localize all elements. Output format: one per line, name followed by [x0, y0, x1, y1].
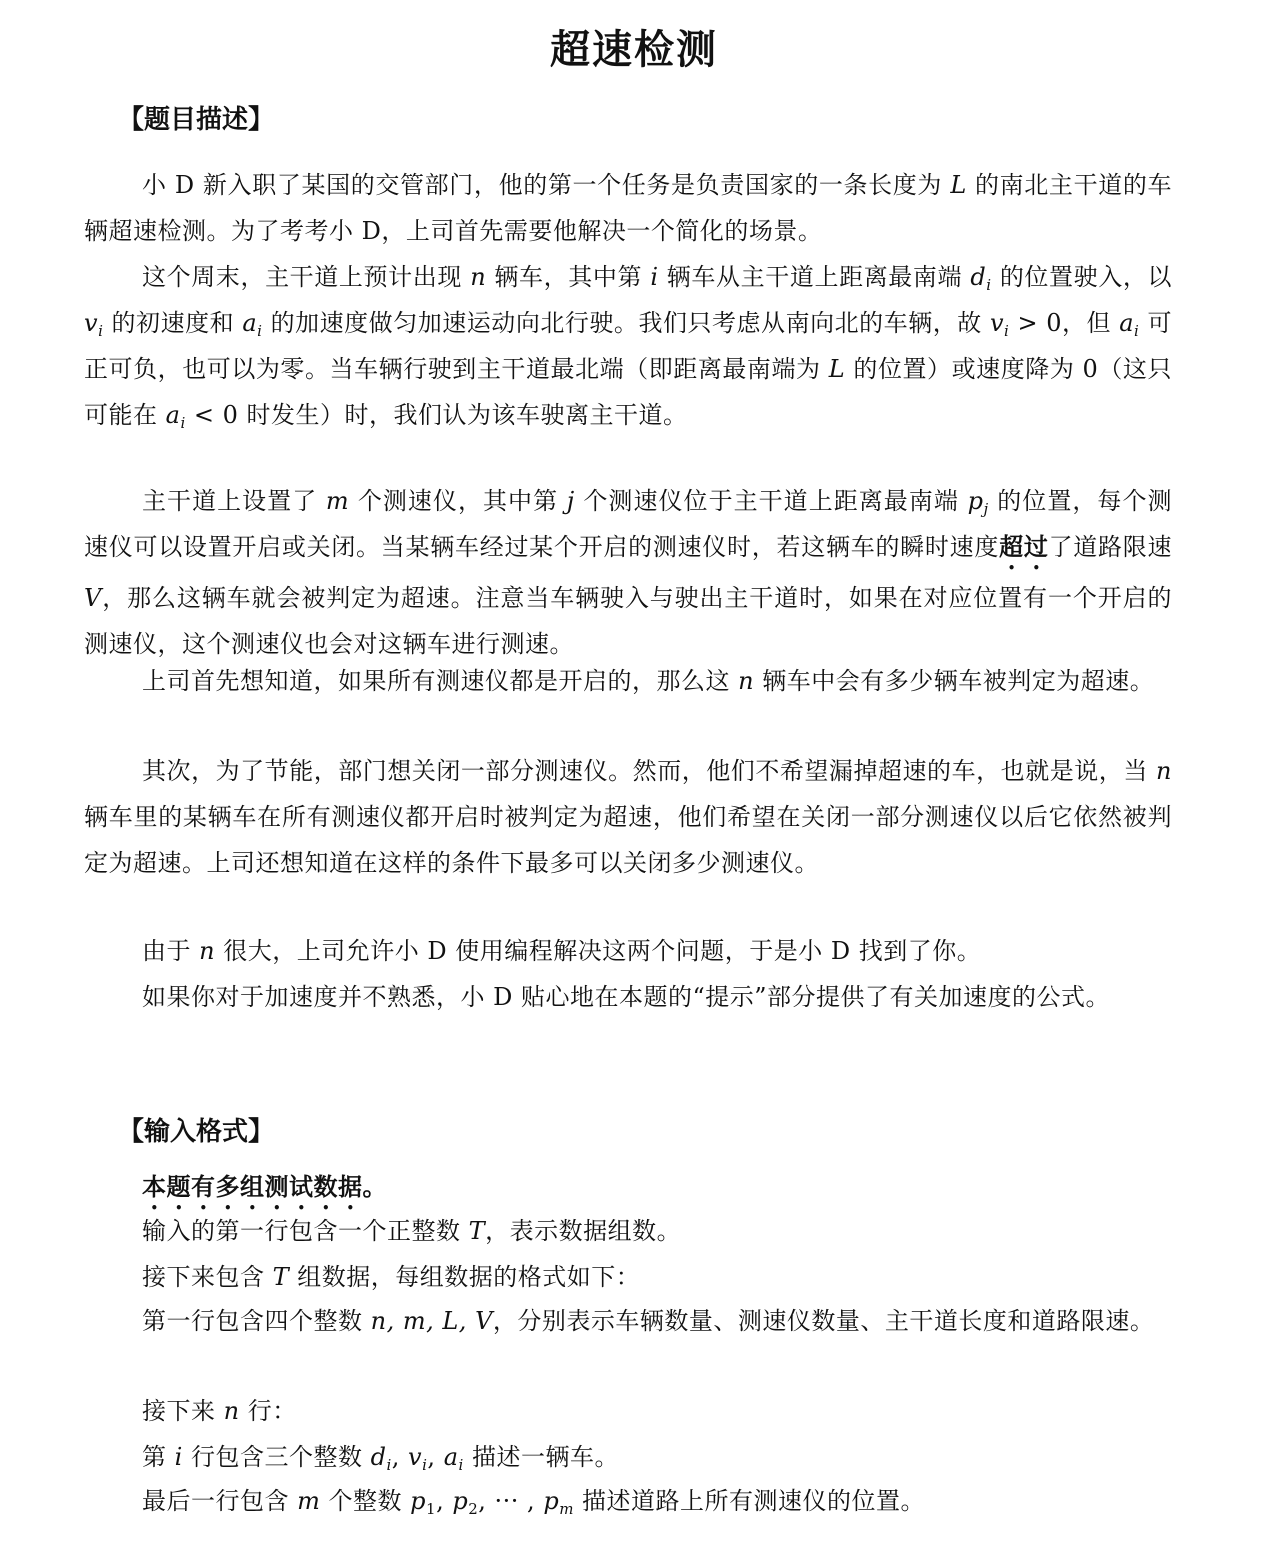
input-line-5: 接下来 n 行： — [142, 1388, 297, 1434]
description-paragraph-2: 这个周末，主干道上预计出现 n 辆车，其中第 i 辆车从主干道上距离最南端 di… — [84, 254, 1172, 438]
description-paragraph-3: 主干道上设置了 m 个测速仪，其中第 j 个测速仪位于主干道上距离最南端 pj … — [84, 478, 1172, 667]
section-heading-description: 【题目描述】 — [118, 100, 274, 140]
input-line-7: 最后一行包含 m 个整数 p1, p2, ··· , pm 描述道路上所有测速仪… — [142, 1478, 925, 1524]
section-heading-input: 【输入格式】 — [118, 1112, 274, 1152]
description-paragraph-5: 其次，为了节能，部门想关闭一部分测速仪。然而，他们不希望漏掉超速的车，也就是说，… — [84, 748, 1172, 886]
input-line-6: 第 i 行包含三个整数 di, vi, ai 描述一辆车。 — [142, 1434, 619, 1480]
input-line-4: 第一行包含四个整数 n, m, L, V，分别表示车辆数量、测速仪数量、主干道长… — [84, 1298, 1172, 1344]
emphasized-exceeds: 超过 — [999, 533, 1048, 561]
description-paragraph-7: 如果你对于加速度并不熟悉，小 D 贴心地在本题的“提示”部分提供了有关加速度的公… — [84, 974, 1172, 1020]
page-title: 超速检测 — [0, 24, 1268, 76]
input-line-3: 接下来包含 T 组数据，每组数据的格式如下： — [142, 1254, 640, 1300]
description-paragraph-4: 上司首先想知道，如果所有测速仪都是开启的，那么这 n 辆车中会有多少辆车被判定为… — [84, 658, 1172, 704]
description-paragraph-6: 由于 n 很大，上司允许小 D 使用编程解决这两个问题，于是小 D 找到了你。 — [84, 928, 1172, 974]
input-line-2: 输入的第一行包含一个正整数 T，表示数据组数。 — [142, 1208, 681, 1254]
description-paragraph-1: 小 D 新入职了某国的交管部门，他的第一个任务是负责国家的一条长度为 L 的南北… — [84, 162, 1172, 254]
